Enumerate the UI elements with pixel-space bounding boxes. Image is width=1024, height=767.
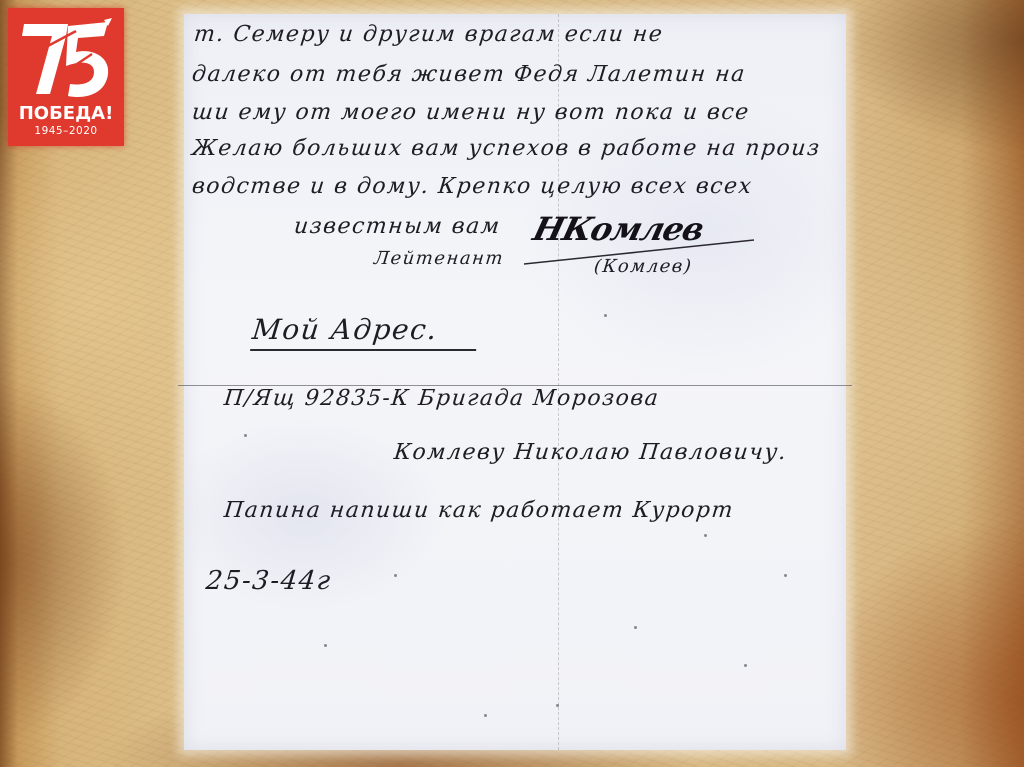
ink-speck [784,574,787,577]
letter-line-6: известным вам [293,214,502,240]
ink-speck [394,574,397,577]
letter-line-2: далеко от тебя живет Федя Лалетин на [191,62,747,88]
address-heading: Мой Адрес. [250,314,479,351]
ink-speck [556,704,559,707]
victory-75-arrows-icon [16,14,116,102]
letter-line-5: водстве и в дому. Крепко целую всех всех [191,174,754,200]
ink-speck [244,434,247,437]
victory-75-logo: ПОБЕДА! 1945–2020 [8,8,124,146]
address-line-2: Комлеву Николаю Павловичу. [393,440,789,466]
letter-line-1: т. Семеру и другим врагам если не [193,22,665,48]
logo-years: 1945–2020 [34,124,97,138]
ink-speck [484,714,487,717]
letter-date: 25-3-44г [205,568,333,594]
rank-label: Лейтенант [373,246,506,272]
ink-speck [324,644,327,647]
ink-speck [704,534,707,537]
logo-title: ПОБЕДА! [19,104,114,124]
ink-speck [604,314,607,317]
letter-page: т. Семеру и другим врагам если не далеко… [184,14,846,750]
signature-name: (Комлев) [593,254,694,280]
letter-line-4: Желаю больших вам успехов в работе на пр… [191,136,822,162]
ink-speck [634,626,637,629]
ink-speck [744,664,747,667]
address-line-1: П/Ящ 92835-К Бригада Морозова [223,386,661,412]
postscript: Папина напиши как работает Курорт [223,498,736,524]
letter-line-3: ши ему от моего имени ну вот пока и все [191,100,751,126]
